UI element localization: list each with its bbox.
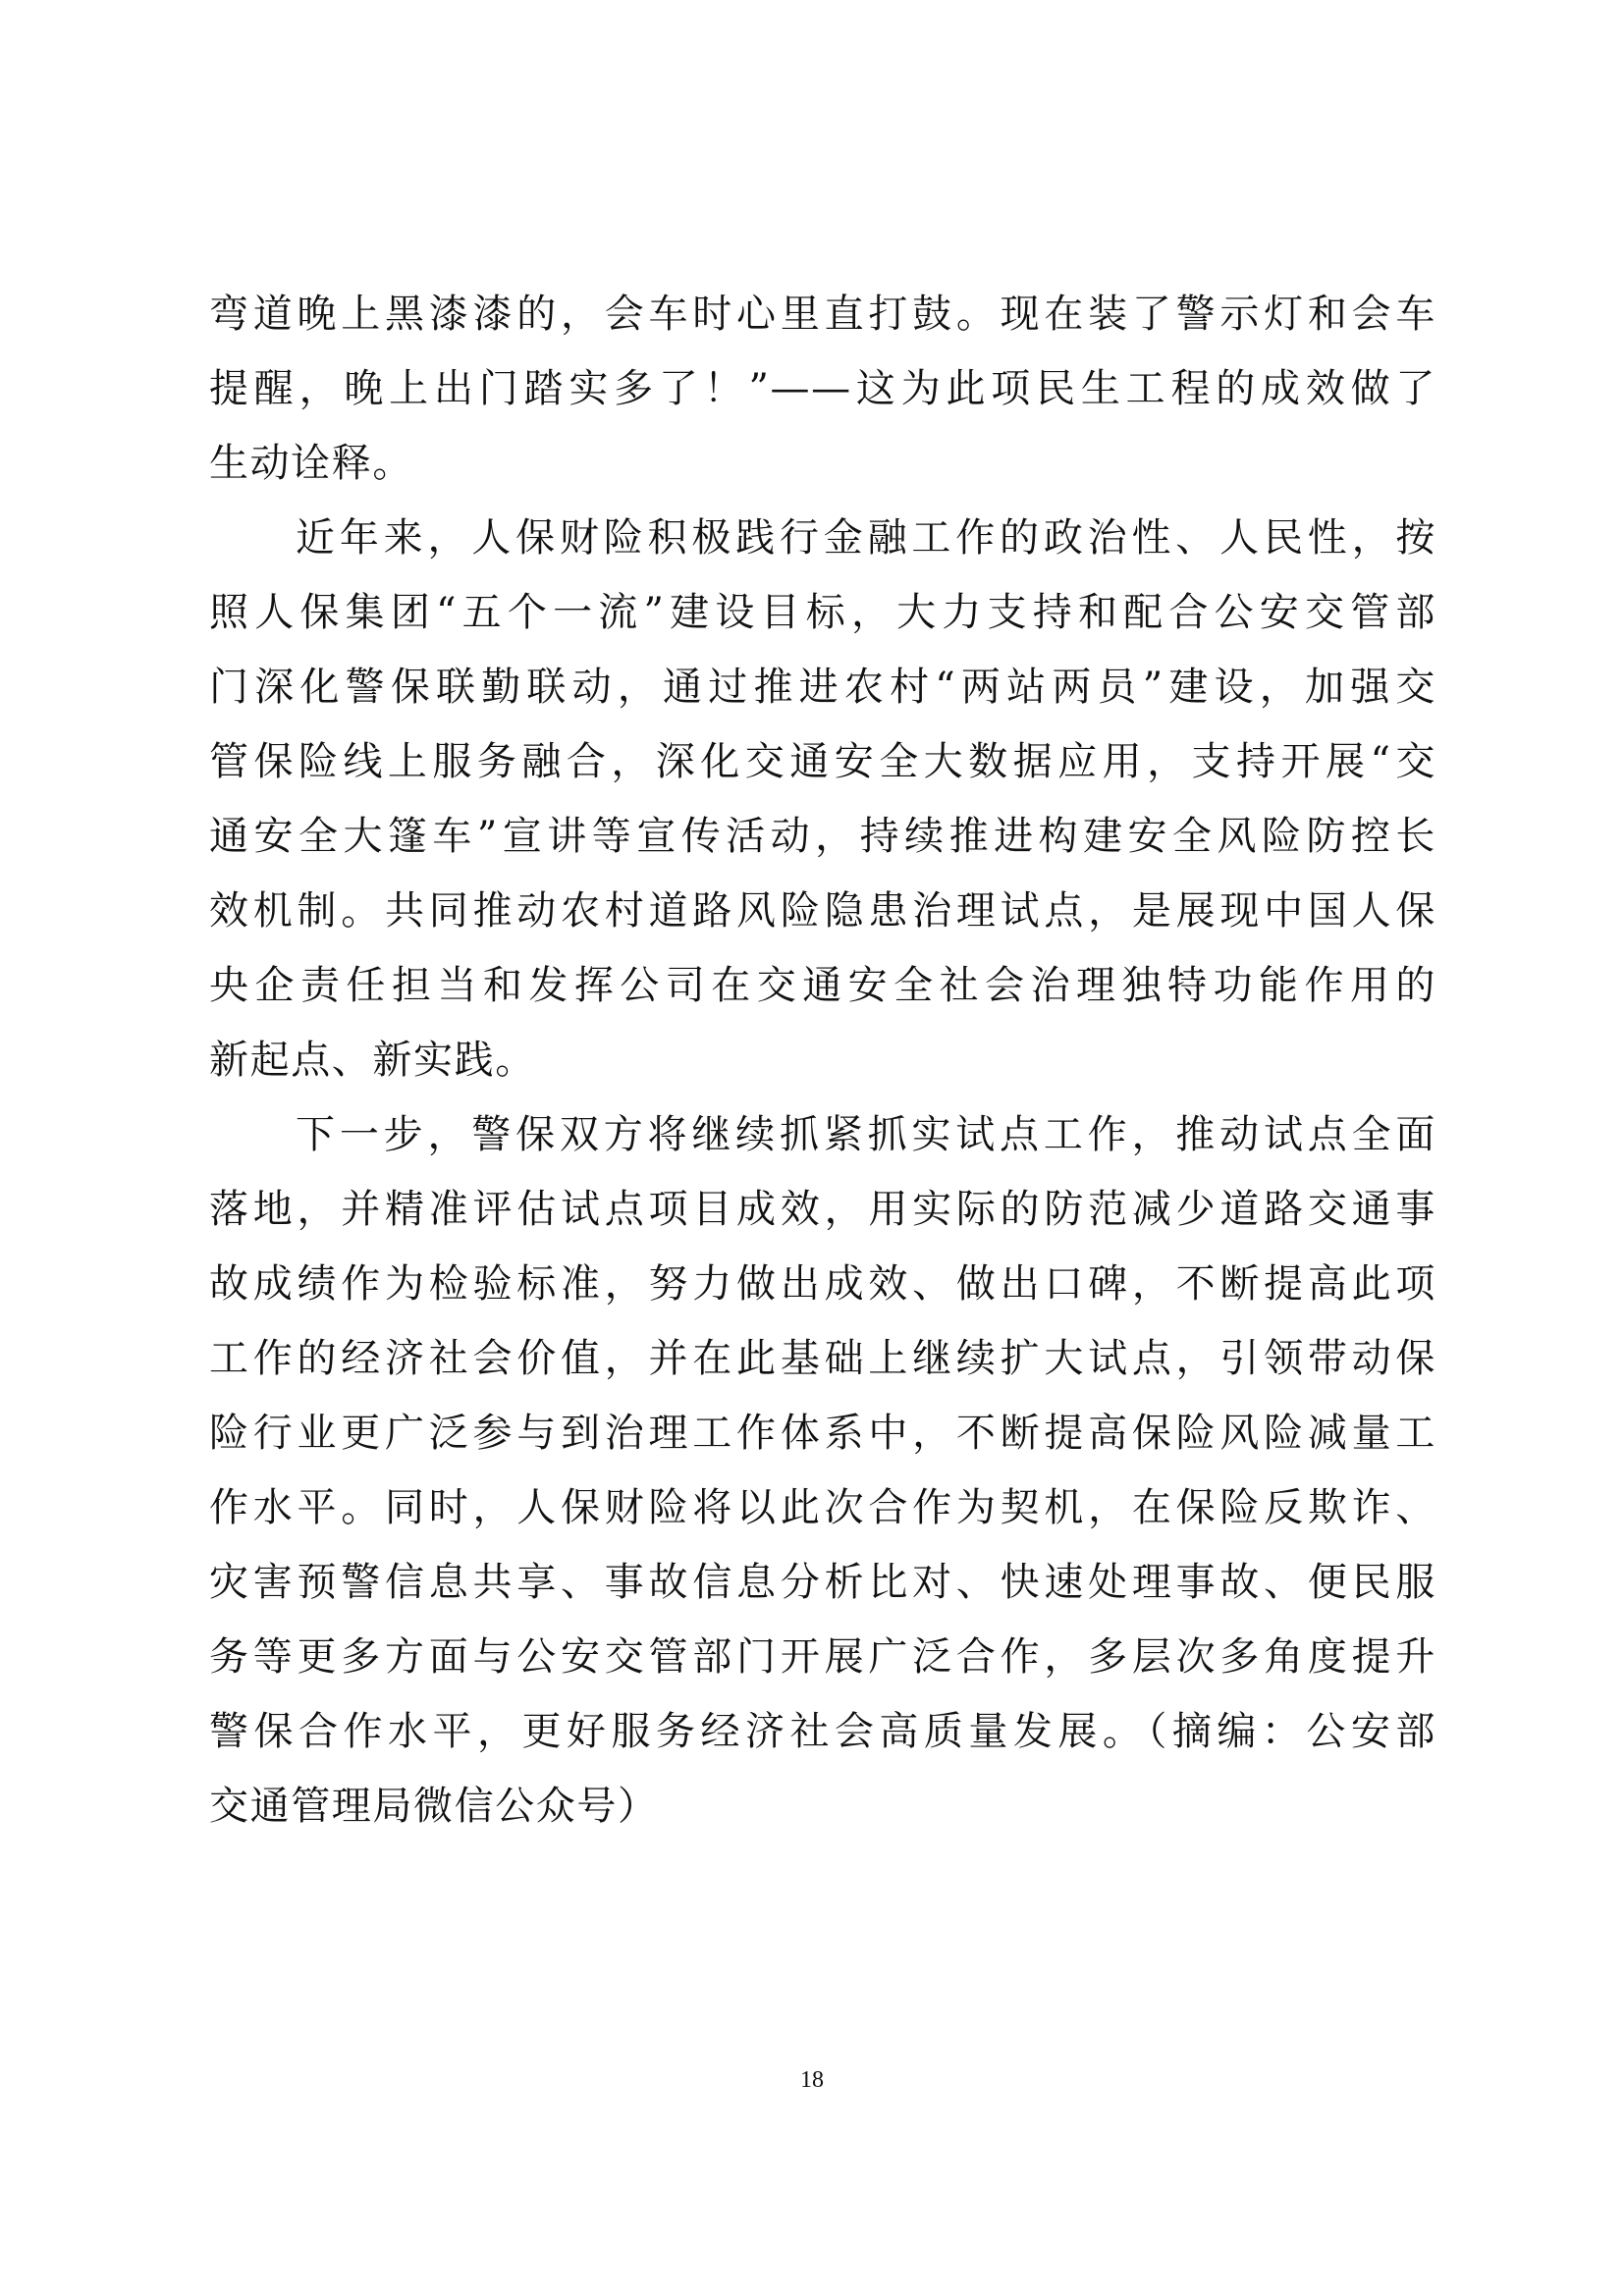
text-line: 落地，并精准评估试点项目成效，用实际的防范减少道路交通事: [209, 1172, 1436, 1247]
text-line: 作水平。同时，人保财险将以此次合作为契机，在保险反欺诈、: [209, 1470, 1436, 1545]
text-line: 通安全大篷车”宣讲等宣传活动，持续推进构建安全风险防控长: [209, 799, 1436, 874]
paragraph-recent-years: 近年来，人保财险积极践行金融工作的政治性、人民性，按 照人保集团“五个一流”建设…: [209, 501, 1436, 1097]
document-page: 弯道晚上黑漆漆的，会车时心里直打鼓。现在装了警示灯和会车 提醒，晚上出门踏实多了…: [0, 0, 1624, 2296]
text-line: 工作的经济社会价值，并在此基础上继续扩大试点，引领带动保: [209, 1321, 1436, 1396]
text-line: 门深化警保联勤联动，通过推进农村“两站两员”建设，加强交: [209, 650, 1436, 724]
text-line: 效机制。共同推动农村道路风险隐患治理试点，是展现中国人保: [209, 874, 1436, 948]
text-line: 灾害预警信息共享、事故信息分析比对、快速处理事故、便民服: [209, 1545, 1436, 1620]
paragraph-quote-conclusion: 弯道晚上黑漆漆的，会车时心里直打鼓。现在装了警示灯和会车 提醒，晚上出门踏实多了…: [209, 277, 1436, 501]
text-line: 新起点、新实践。: [209, 1023, 1436, 1097]
text-line: 央企责任担当和发挥公司在交通安全社会治理独特功能作用的: [209, 948, 1436, 1023]
text-line: 交通管理局微信公众号）: [209, 1769, 1436, 1843]
text-line: 险行业更广泛参与到治理工作体系中，不断提高保险风险减量工: [209, 1396, 1436, 1470]
text-line: 管保险线上服务融合，深化交通安全大数据应用，支持开展“交: [209, 724, 1436, 799]
body-text: 弯道晚上黑漆漆的，会车时心里直打鼓。现在装了警示灯和会车 提醒，晚上出门踏实多了…: [209, 277, 1436, 1843]
text-line: 提醒，晚上出门踏实多了！”——这为此项民生工程的成效做了: [209, 351, 1436, 426]
page-number: 18: [0, 2067, 1624, 2094]
text-line: 故成绩作为检验标准，努力做出成效、做出口碑，不断提高此项: [209, 1247, 1436, 1321]
text-line: 弯道晚上黑漆漆的，会车时心里直打鼓。现在装了警示灯和会车: [209, 277, 1436, 351]
paragraph-next-steps: 下一步，警保双方将继续抓紧抓实试点工作，推动试点全面 落地，并精准评估试点项目成…: [209, 1097, 1436, 1843]
text-line: 近年来，人保财险积极践行金融工作的政治性、人民性，按: [209, 501, 1436, 575]
text-line: 警保合作水平，更好服务经济社会高质量发展。（摘编：公安部: [209, 1694, 1436, 1769]
text-line: 生动诠释。: [209, 426, 1436, 501]
text-line: 务等更多方面与公安交管部门开展广泛合作，多层次多角度提升: [209, 1620, 1436, 1694]
text-line: 照人保集团“五个一流”建设目标，大力支持和配合公安交管部: [209, 575, 1436, 650]
text-line: 下一步，警保双方将继续抓紧抓实试点工作，推动试点全面: [209, 1097, 1436, 1172]
